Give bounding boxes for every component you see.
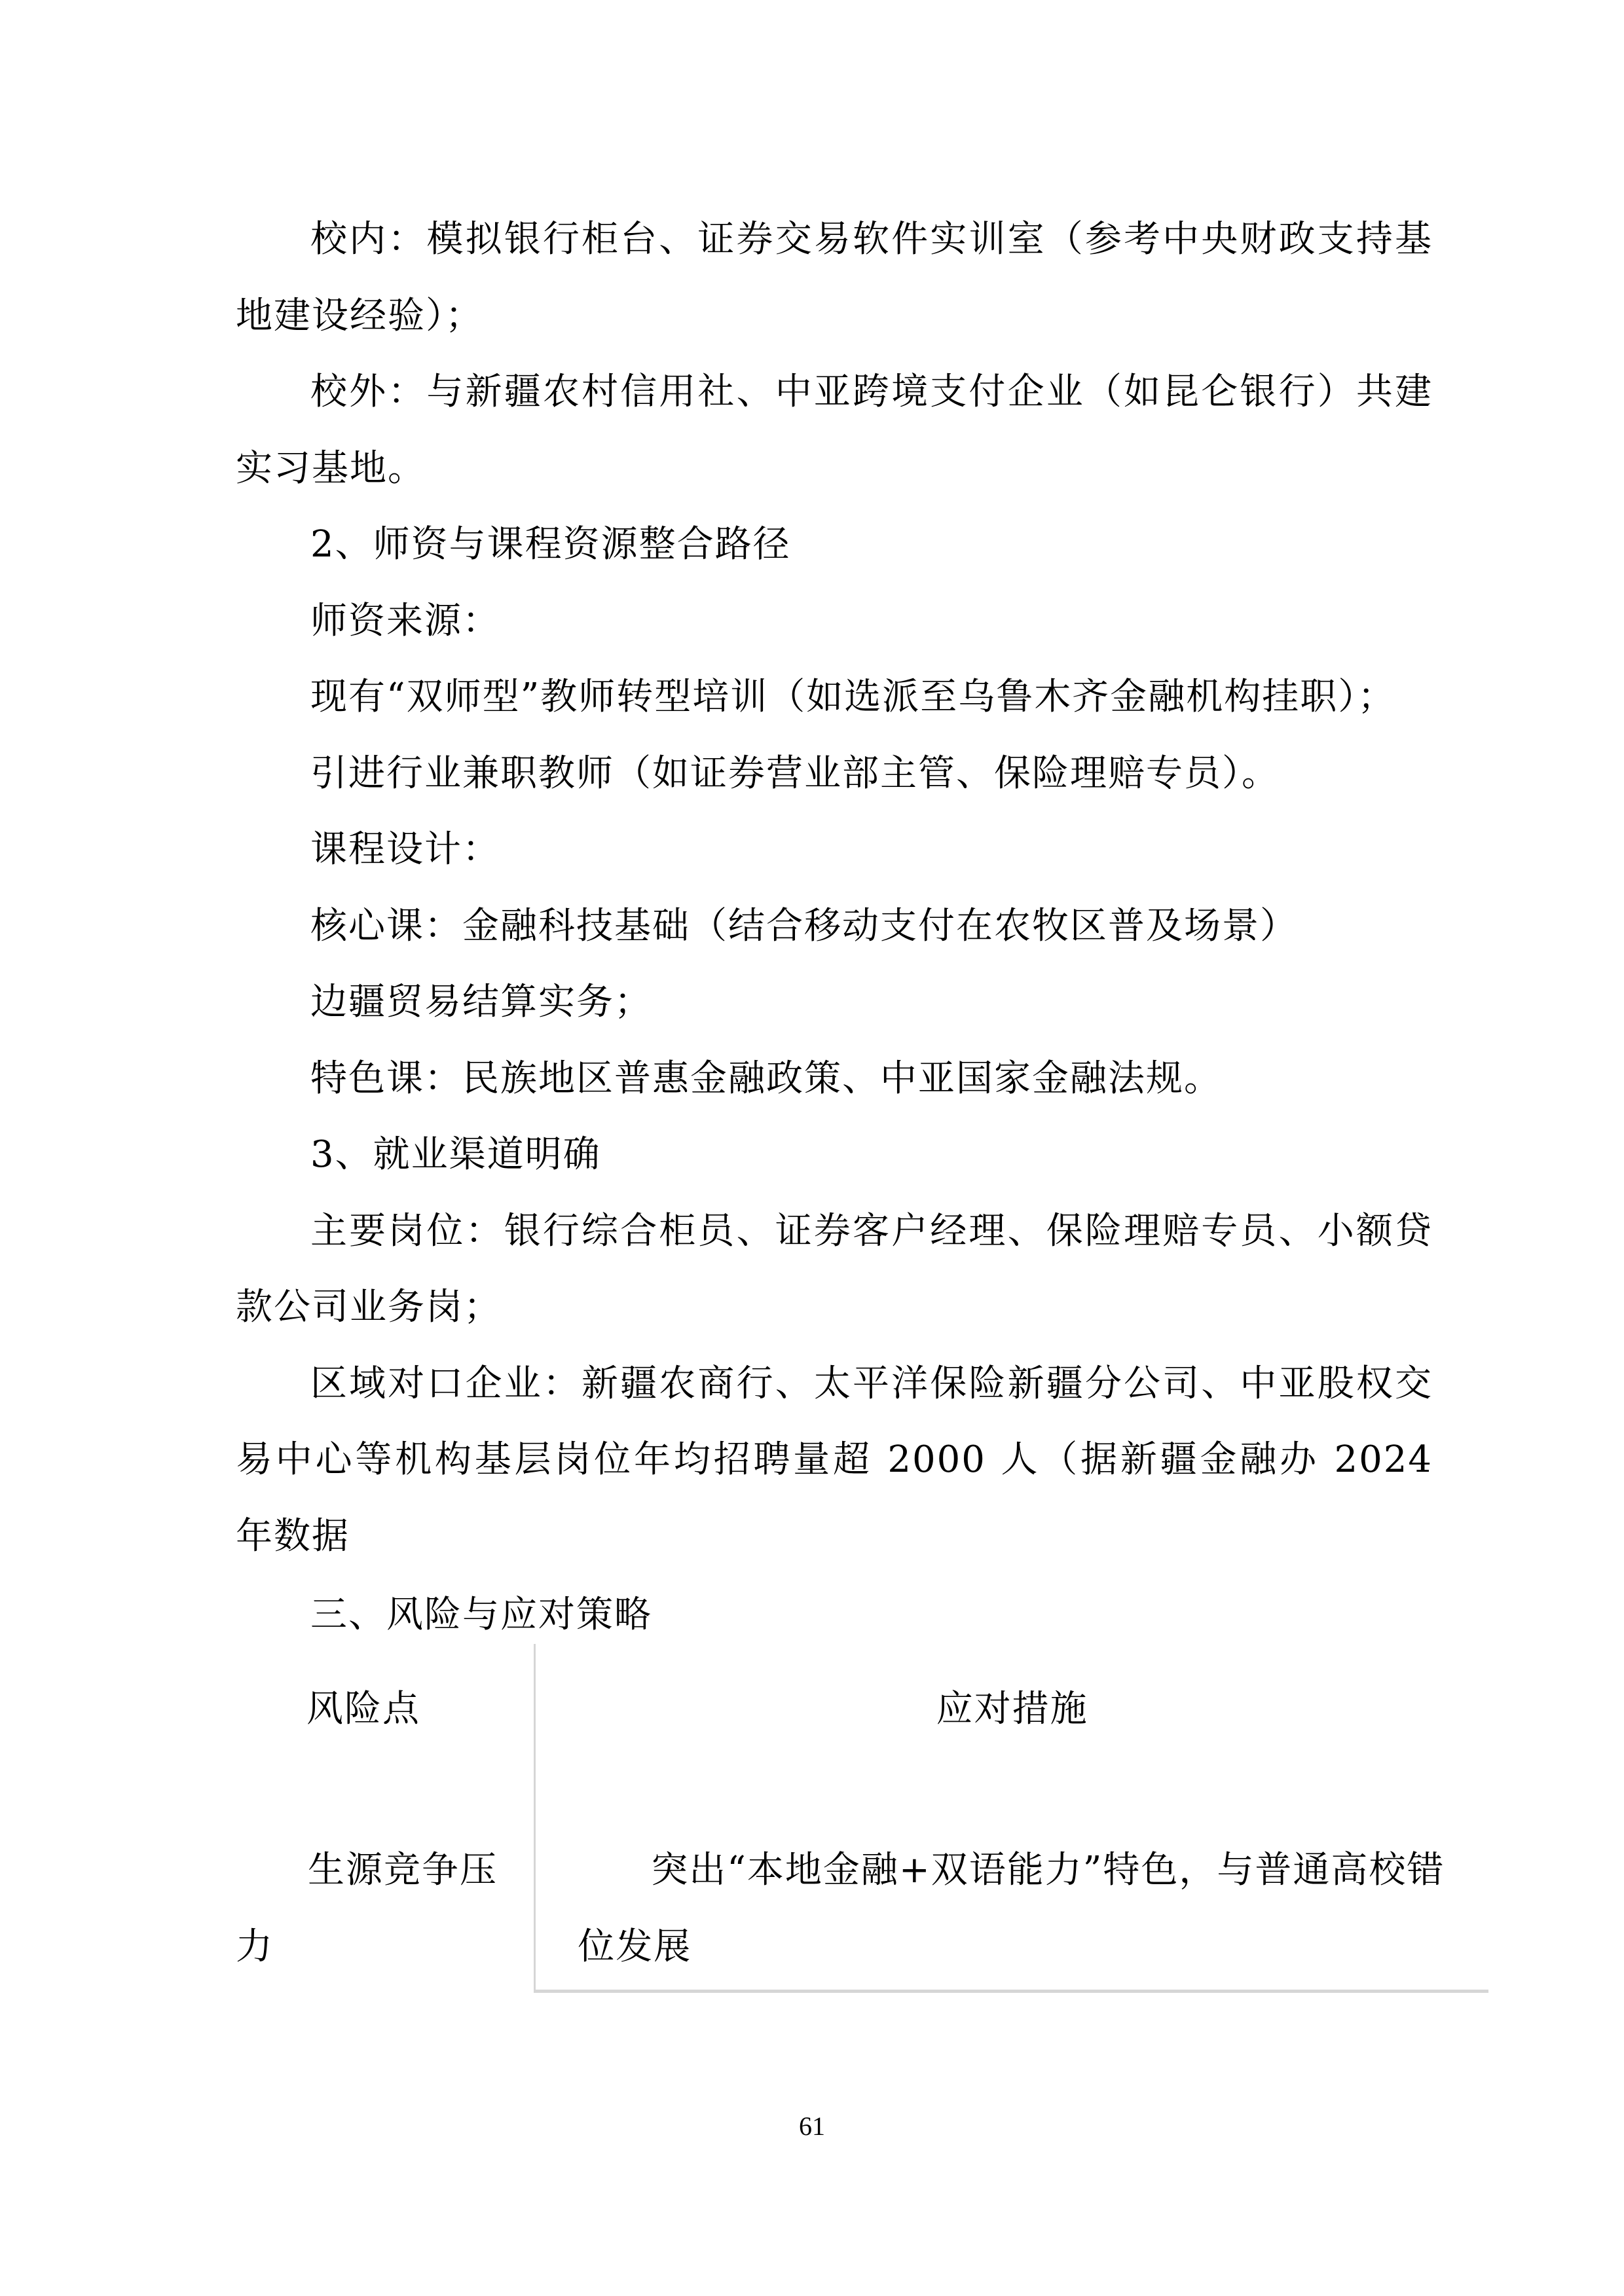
paragraph-part-time-teachers: 引进行业兼职教师（如证券营业部主管、保险理赔专员）。: [236, 736, 1433, 812]
risk-cell: 生源竞争压力: [236, 1775, 535, 1991]
paragraph-curriculum-label: 课程设计：: [236, 812, 1433, 888]
section-heading-employment: 3、就业渠道明确: [236, 1117, 1433, 1194]
paragraph-off-campus-training: 校外：与新疆农村信用社、中亚跨境支付企业（如昆仑银行）共建实习基地。: [236, 354, 1433, 507]
document-page: 校内：模拟银行柜台、证券交易软件实训室（参考中央财政支持基地建设经验）； 校外：…: [0, 0, 1624, 2296]
measure-cell: 突出“本地金融+双语能力”特色，与普通高校错位发展: [535, 1775, 1488, 1991]
paragraph-faculty-source-label: 师资来源：: [236, 583, 1433, 660]
paragraph-on-campus-training: 校内：模拟银行柜台、证券交易软件实训室（参考中央财政支持基地建设经验）；: [236, 202, 1433, 354]
paragraph-main-positions: 主要岗位：银行综合柜员、证券客户经理、保险理赔专员、小额贷款公司业务岗；: [236, 1194, 1433, 1346]
paragraph-core-course: 核心课：金融科技基础（结合移动支付在农牧区普及场景）: [236, 888, 1433, 965]
paragraph-border-trade-course: 边疆贸易结算实务；: [236, 964, 1433, 1041]
paragraph-dual-teacher-training: 现有“双师型”教师转型培训（如选派至乌鲁木齐金融机构挂职）；: [236, 659, 1433, 736]
risk-strategy-table: 风险点 应对措施 生源竞争压力 突出“本地金融+双语能力”特色，与普通高校错位发…: [236, 1644, 1488, 1993]
table-row: 生源竞争压力 突出“本地金融+双语能力”特色，与普通高校错位发展: [236, 1775, 1488, 1991]
paragraph-regional-employers: 区域对口企业：新疆农商行、太平洋保险新疆分公司、中亚股权交易中心等机构基层岗位年…: [236, 1346, 1433, 1575]
paragraph-featured-course: 特色课：民族地区普惠金融政策、中亚国家金融法规。: [236, 1041, 1433, 1118]
section-heading-faculty-curriculum: 2、师资与课程资源整合路径: [236, 507, 1433, 583]
header-countermeasure: 应对措施: [535, 1644, 1488, 1775]
header-risk-point: 风险点: [236, 1644, 535, 1775]
table-header-row: 风险点 应对措施: [236, 1644, 1488, 1775]
page-number: 61: [0, 2107, 1624, 2146]
body-text: 校内：模拟银行柜台、证券交易软件实训室（参考中央财政支持基地建设经验）； 校外：…: [236, 202, 1433, 1654]
section-heading-risks: 三、风险与应对策略: [236, 1577, 1433, 1654]
